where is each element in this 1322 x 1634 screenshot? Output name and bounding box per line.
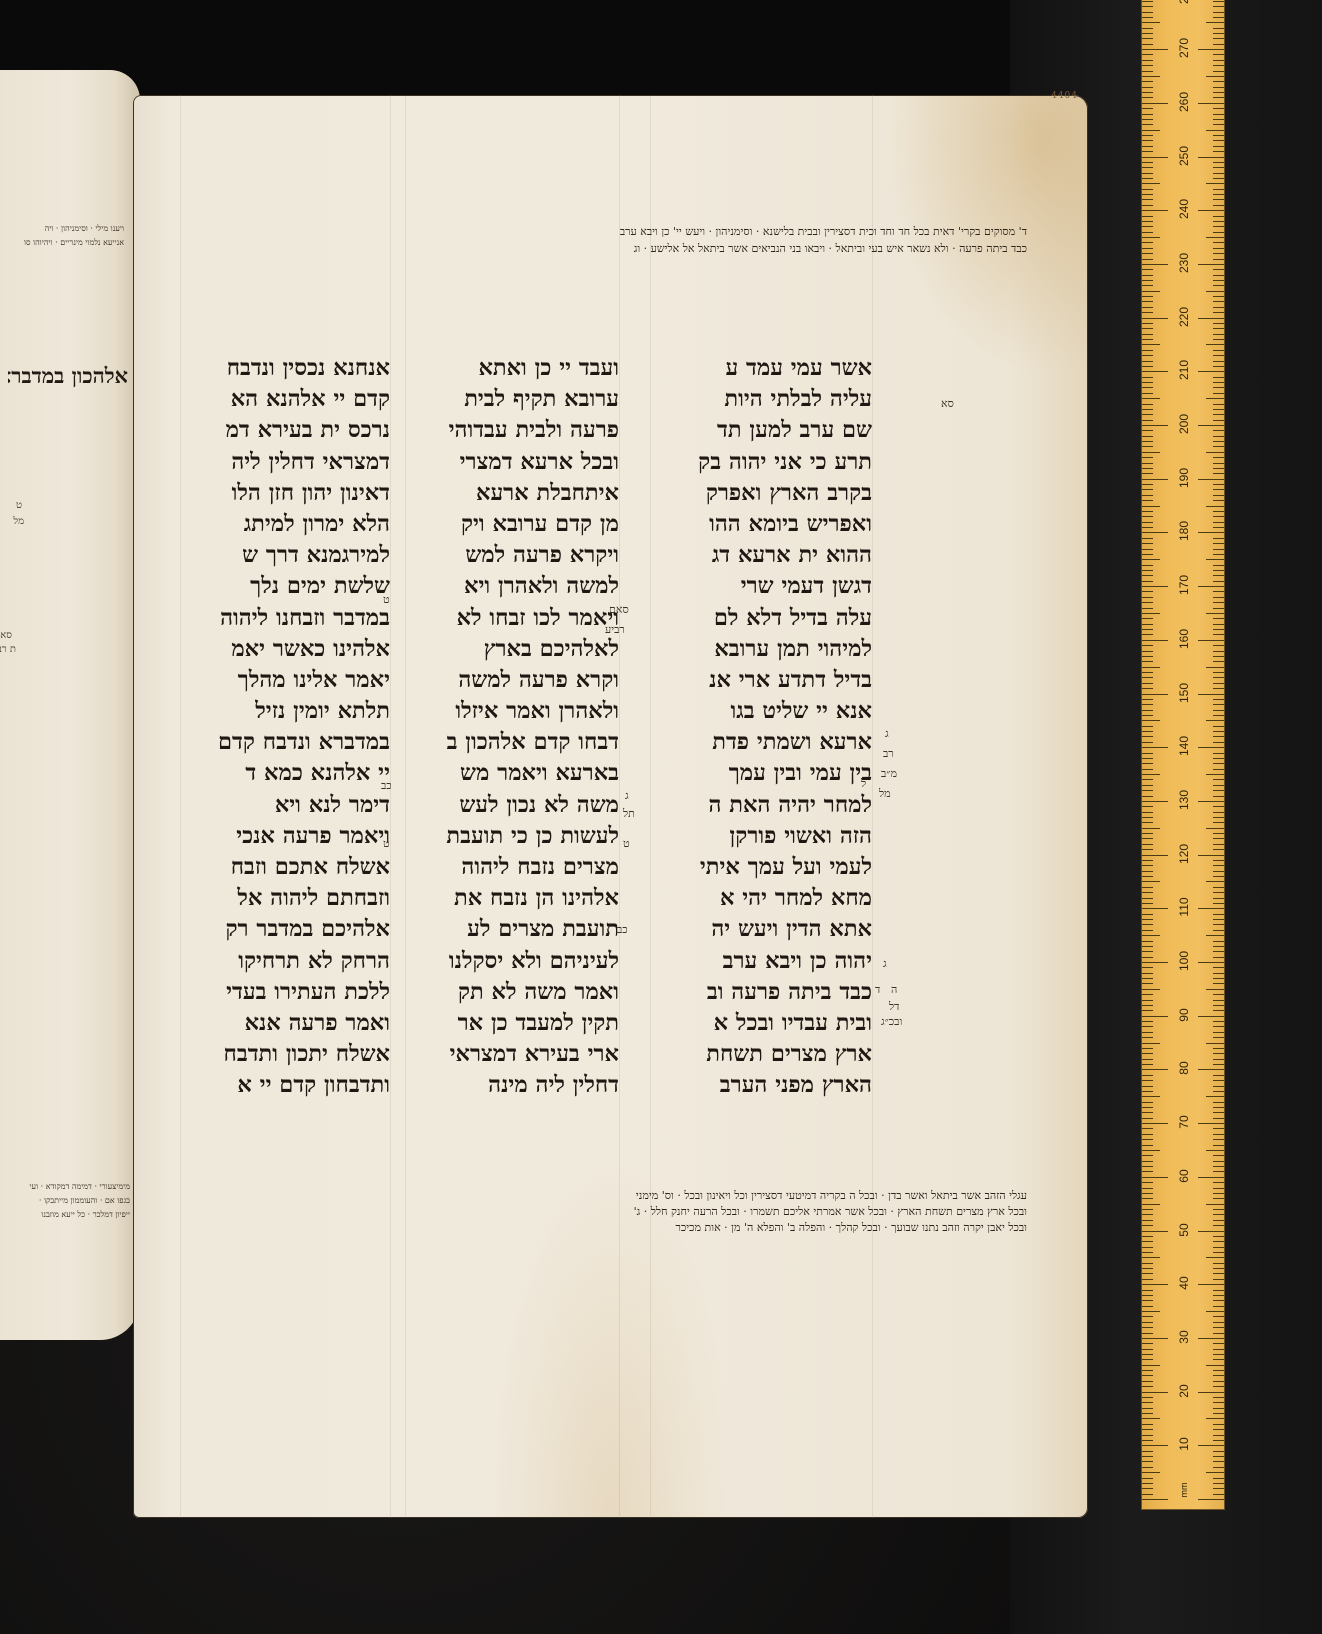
ruler-tick [1142,1381,1153,1382]
margin-note: ג [885,727,889,740]
ruler-tick [1142,860,1153,861]
ruler-tick [1198,210,1224,211]
ruler-tick [1142,1010,1153,1011]
masora-line: ויענו מילי · וסימניהון · ויה [0,222,124,236]
ruler-tick [1142,506,1160,507]
text-line: למחר יהיה האת ה [650,790,872,821]
ruler-tick [1213,221,1224,222]
ruler-tick [1142,1429,1153,1430]
ruler-tick [1142,726,1153,727]
ruler-tick [1142,881,1160,882]
left-page-masora-bottom: מימיצעורי · דמימה דמקודא · ועי בגפו אם ·… [0,1180,130,1222]
ruler-tick [1198,425,1224,426]
text-line: למשה ולאהרן ויא [405,571,619,602]
ruler-tick [1142,495,1153,496]
ruler-tick [1142,414,1153,415]
ruler-tick [1213,366,1224,367]
ruler-tick [1213,135,1224,136]
ruler-tick [1213,361,1224,362]
masora-line: עגלי הזהב אשר ביתאל ואשר בדן · ובכל ה בק… [185,1188,1027,1204]
ruler-tick [1142,301,1153,302]
ruler-tick [1142,173,1153,174]
ruler-tick [1142,259,1153,260]
ruler-tick [1213,1349,1224,1350]
ruler-tick [1213,833,1224,834]
ruler-tick [1206,881,1224,882]
ruler-tick [1213,350,1224,351]
ruler-tick [1213,1343,1224,1344]
ruler-tick [1142,887,1153,888]
ruler-tick [1206,1257,1224,1258]
ruler-tick [1142,328,1153,329]
ruler-tick [1142,935,1160,936]
ruler-label: 250 [1177,144,1191,168]
ruler-tick [1213,124,1224,125]
ruler-tick [1142,361,1153,362]
ruler-tick [1142,914,1153,915]
ruler-tick [1206,22,1224,23]
ruler-tick [1213,323,1224,324]
text-line: תרע כי אני יהוה בק [650,447,872,478]
ruler-tick [1213,1273,1224,1274]
ruler-tick [1213,887,1224,888]
ruler-tick [1142,769,1153,770]
ruler-tick [1142,640,1168,641]
ruler-tick [1213,1139,1224,1140]
ruler-tick [1142,162,1153,163]
ruler-tick [1213,838,1224,839]
ruler-tick [1213,570,1224,571]
text-line: בדיל דתדע ארי אנ [650,665,872,696]
ruler-tick [1142,1080,1153,1081]
ruler-tick [1142,1171,1153,1172]
ruler-tick [1142,1220,1153,1221]
ruler-tick [1213,1461,1224,1462]
ruler-tick [1142,919,1153,920]
text-line: אנחנא נכסין ונדבח [180,353,390,384]
ruler-tick [1142,538,1153,539]
ruler-tick [1142,634,1153,635]
ruler-tick [1213,645,1224,646]
ruler-tick [1142,1252,1153,1253]
ruler-tick [1213,549,1224,550]
ruler-tick [1213,484,1224,485]
left-page-text-column: אלהכון במדבראלחוד ארחקא לאתרחקון למיזל צ… [8,360,128,392]
ruler-tick [1142,774,1160,775]
margin-note: ט [383,837,390,850]
ruler-tick [1142,146,1153,147]
ruler-tick [1213,17,1224,18]
ruler-tick [1213,785,1224,786]
text-line: אנא יי שליט בגו [650,696,872,727]
ruler-tick [1142,1268,1153,1269]
ruling-line [619,95,620,1518]
ruler-label: 90 [1177,1003,1191,1027]
ruler-tick [1213,205,1224,206]
ruler-tick [1142,366,1153,367]
ruler-tick [1198,908,1224,909]
ruler-tick [1206,76,1224,77]
ruler-tick [1213,1118,1224,1119]
ruler-tick [1142,892,1153,893]
ruler-tick [1213,285,1224,286]
ruler-tick [1213,914,1224,915]
text-line: מן קדם ערובא ויק [405,509,619,540]
ruler-tick [1213,38,1224,39]
ruler-tick [1142,473,1153,474]
ruler-tick [1213,742,1224,743]
ruler-tick [1213,1053,1224,1054]
ruler-tick [1213,822,1224,823]
ruler-tick [1213,275,1224,276]
ruler-tick [1213,903,1224,904]
ruler-tick [1198,1177,1224,1178]
margin-note: ת רבי [0,644,16,655]
ruler-tick [1142,28,1153,29]
ruler-tick [1213,575,1224,576]
masora-line: מימיצעורי · דמימה דמקודא · ועי [0,1180,130,1194]
ruler-tick [1206,613,1224,614]
ruler-tick [1142,941,1153,942]
ruler-tick [1213,779,1224,780]
ruler-tick [1213,1333,1224,1334]
ruler-tick [1213,1268,1224,1269]
ruler-tick [1206,774,1224,775]
ruler-tick [1213,1478,1224,1479]
ruler-tick [1213,618,1224,619]
folio-number: 4404 [1051,91,1078,101]
ruler-tick [1142,54,1153,55]
ruler-tick [1213,1354,1224,1355]
margin-note: ט [623,837,630,850]
ruler-tick [1213,806,1224,807]
ruler-tick [1206,1311,1224,1312]
ruler-tick [1142,833,1153,834]
ruler-tick [1142,221,1153,222]
ruler-tick [1142,97,1153,98]
ruler-tick [1213,500,1224,501]
ruler-tick [1213,146,1224,147]
margin-note: דל [889,1000,899,1013]
ruler-tick [1142,1139,1153,1140]
margin-note: ט [16,500,22,511]
ruler-tick [1142,1177,1168,1178]
ruler-tick [1198,1445,1224,1446]
ruler-tick [1142,1257,1160,1258]
ruler-tick [1142,1182,1153,1183]
ruler-tick [1142,1311,1160,1312]
ruler-tick [1142,817,1153,818]
ruler-tick [1206,452,1224,453]
ruler-tick [1142,694,1168,695]
ruler-tick [1213,1225,1224,1226]
ruler-tick [1206,1043,1224,1044]
ruler-tick [1142,645,1153,646]
ruler-tick [1142,1155,1153,1156]
margin-note: סאם [609,603,629,616]
ruler-label: 190 [1177,466,1191,490]
text-line: אלהכון במדברא [8,363,128,388]
ruler-tick [1142,613,1160,614]
ruler-tick [1206,398,1224,399]
ruler-tick [1213,140,1224,141]
ruler-tick [1142,608,1153,609]
ruler-tick [1213,1145,1224,1146]
ruler-tick [1142,554,1153,555]
ruler-tick [1198,318,1224,319]
ruler-tick [1142,280,1153,281]
ruler-tick [1142,248,1153,249]
ruler-tick [1142,484,1153,485]
text-line: שלשת ימים נלך [180,571,390,602]
ruler-tick [1142,430,1153,431]
ruler-tick [1142,753,1153,754]
ruler-tick [1198,479,1224,480]
ruler-tick [1213,704,1224,705]
ruler-unit-label: mm [1179,1478,1189,1502]
ruler-tick [1213,978,1224,979]
text-line: עליה לבלתי היות [650,384,872,415]
ruler-tick [1142,602,1153,603]
ruler-tick [1142,1290,1153,1291]
ruler-tick [1142,65,1153,66]
measurement-ruler: mm 1020304050607080901001101201301401501… [1141,0,1225,1510]
ruler-tick [1142,1107,1153,1108]
margin-note: ג [883,957,887,970]
ruler-tick [1142,527,1153,528]
masora-line: ייפיון דמלכר · כל ייעא מוזבנו [0,1208,130,1222]
ruler-tick [1142,543,1153,544]
ruler-tick [1213,758,1224,759]
ruler-tick [1206,1150,1224,1151]
ruler-tick [1206,667,1224,668]
ruler-tick [1142,1161,1153,1162]
text-line: עלה בדיל דלא לם [650,603,872,634]
ruler-tick [1142,1263,1153,1264]
ruler-tick [1213,60,1224,61]
margin-note: רב [883,747,894,760]
ruler-tick [1142,1032,1153,1033]
masora-magna-top: ד' מסוקים בקרי' דאית בכל חד וחד וכית דסצ… [185,223,1027,257]
ruler-tick [1142,285,1153,286]
ruler-tick [1142,806,1153,807]
ruler-tick [1142,1316,1153,1317]
ruler-tick [1213,844,1224,845]
ruler-tick [1142,108,1153,109]
ruler-tick [1142,1284,1168,1285]
text-line: תקין למעבד כן אר [405,1008,619,1039]
text-line: במדברא ונדבח קדם [180,727,390,758]
text-column-right: אשר עמי עמד עעליה לבלתי היותשם ערב למען … [650,353,872,1102]
ruler-tick [1206,828,1224,829]
ruler-tick [1142,790,1153,791]
text-line: יאמר אלינו מהלך [180,665,390,696]
ruler-tick [1142,1413,1153,1414]
ruler-tick [1213,446,1224,447]
ruler-tick [1142,103,1168,104]
text-line: תלתא יומין נזיל [180,696,390,727]
text-line: וזבחתם ליהוה אל [180,883,390,914]
ruler-label: 60 [1177,1164,1191,1188]
ruler-tick [1142,1204,1160,1205]
ruler-tick [1213,1247,1224,1248]
ruler-tick [1213,436,1224,437]
text-line: ארץ מצרים תשחת [650,1039,872,1070]
ruler-tick [1213,71,1224,72]
ruler-tick [1198,1123,1224,1124]
ruler-tick [1213,1494,1224,1495]
ruler-tick [1142,71,1153,72]
text-line: אלהיכם במדבר רק [180,914,390,945]
ruler-tick [1213,1000,1224,1001]
ruler-tick [1142,1488,1153,1489]
ruler-tick [1206,237,1224,238]
ruler-tick [1142,715,1153,716]
ruler-tick [1213,522,1224,523]
ruler-tick [1142,232,1153,233]
ruler-tick [1142,312,1153,313]
text-line: שם ערב למען תד [650,415,872,446]
ruler-tick [1213,420,1224,421]
margin-note: ג [625,789,629,802]
ruler-tick [1213,1,1224,2]
ruler-tick [1213,790,1224,791]
ruler-tick [1142,1064,1153,1065]
ruler-tick [1213,259,1224,260]
text-line: במדבר וזבחנו ליהוה [180,603,390,634]
ruler-tick [1213,1408,1224,1409]
ruler-label: 150 [1177,681,1191,705]
ruler-tick [1142,167,1153,168]
ruler-tick [1206,506,1224,507]
ruler-tick [1142,1375,1153,1376]
ruler-tick [1198,157,1224,158]
ruler-tick [1142,1365,1160,1366]
ruler-tick [1142,1005,1153,1006]
margin-note: ל [861,777,866,790]
ruler-tick [1213,860,1224,861]
ruler-label: 230 [1177,251,1191,275]
ruler-tick [1142,876,1153,877]
ruler-tick [1213,280,1224,281]
ruler-tick [1213,941,1224,942]
ruler-tick [1142,532,1168,533]
ruler-tick [1213,173,1224,174]
ruler-tick [1142,253,1153,254]
ruler-tick [1142,624,1153,625]
ruler-tick [1213,602,1224,603]
ruler-tick [1213,1075,1224,1076]
ruler-tick [1142,597,1153,598]
ruler-tick [1142,1386,1153,1387]
ruler-tick [1213,463,1224,464]
ruler-tick [1142,656,1153,657]
ruler-tick [1213,1488,1224,1489]
ruler-tick [1142,183,1160,184]
text-line: ארי בעירא דמצראי [405,1039,619,1070]
ruler-tick [1213,946,1224,947]
ruler-tick [1142,1,1153,2]
ruler-tick [1142,237,1160,238]
ruler-tick [1213,951,1224,952]
ruler-tick [1142,973,1153,974]
ruler-tick [1213,876,1224,877]
ruler-tick [1213,1220,1224,1221]
ruler-tick [1142,1102,1153,1103]
ruler-tick [1206,291,1224,292]
ruler-tick [1142,908,1168,909]
ruler-tick [1198,1499,1224,1500]
text-line: יהוה כן ויבא ערב [650,946,872,977]
text-line: מחא למחר יהי א [650,883,872,914]
ruler-tick [1142,828,1160,829]
ruler-tick [1213,817,1224,818]
ruler-tick [1213,495,1224,496]
ruler-tick [1213,672,1224,673]
ruler-tick [1213,1359,1224,1360]
text-line: לאלהיכם בארץ [405,634,619,665]
ruler-tick [1142,130,1160,131]
ruler-tick [1142,871,1153,872]
ruler-tick [1213,565,1224,566]
ruler-tick [1213,1048,1224,1049]
ruler-tick [1142,157,1168,158]
text-line: ללכת העתירו בעדי [180,977,390,1008]
ruler-tick [1213,1306,1224,1307]
text-line: אתא הדין ויעש יה [650,914,872,945]
ruler-tick [1213,1128,1224,1129]
ruler-tick [1142,1086,1153,1087]
ruler-tick [1142,1198,1153,1199]
ruler-tick [1142,736,1153,737]
ruler-tick [1213,957,1224,958]
ruler-tick [1213,608,1224,609]
ruler-tick [1142,731,1153,732]
ruler-tick [1198,1016,1224,1017]
ruler-tick [1198,1392,1224,1393]
text-line: לעשות כן כי תועבת [405,821,619,852]
ruler-tick [1213,865,1224,866]
ruler-tick [1142,747,1168,748]
masora-line: ד' מסוקים בקרי' דאית בכל חד וחד וכית דסצ… [185,223,1027,240]
ruler-tick [1213,1279,1224,1280]
ruler-tick [1213,1483,1224,1484]
ruler-tick [1142,688,1153,689]
ruler-tick [1213,538,1224,539]
ruler-tick [1213,387,1224,388]
ruler-tick [1142,382,1153,383]
ruler-tick [1142,763,1153,764]
ruler-tick [1198,264,1224,265]
ruler-tick [1213,796,1224,797]
ruler-tick [1142,710,1153,711]
ruler-tick [1142,822,1153,823]
ruler-tick [1213,688,1224,689]
ruler-tick [1213,226,1224,227]
ruler-tick [1142,307,1153,308]
ruler-tick [1142,114,1153,115]
ruler-tick [1213,1059,1224,1060]
ruler-tick [1213,1322,1224,1323]
ruler-tick [1142,1327,1153,1328]
ruler-tick [1142,436,1153,437]
ruler-tick [1213,1166,1224,1167]
ruler-tick [1198,103,1224,104]
ruler-tick [1213,1107,1224,1108]
ruler-tick [1213,1295,1224,1296]
ruler-tick [1142,479,1168,480]
ruler-tick [1142,575,1153,576]
